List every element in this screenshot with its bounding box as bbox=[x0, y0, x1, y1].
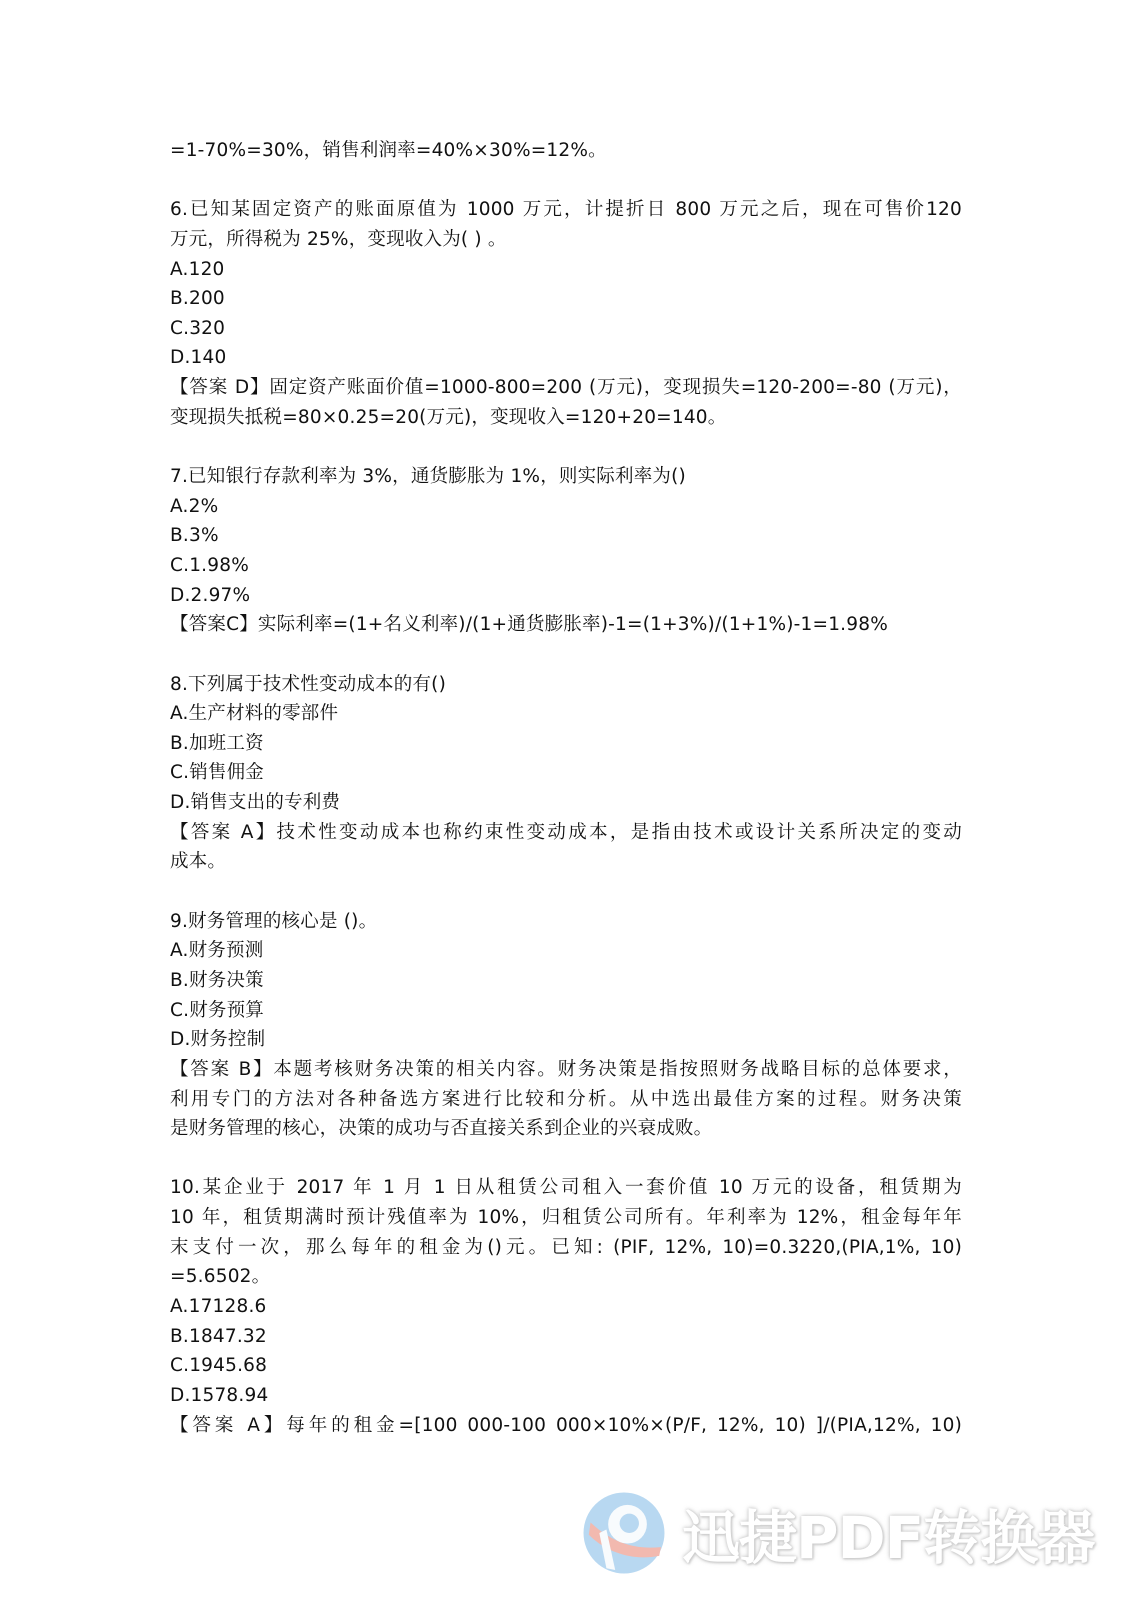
document-page: =1-70%=30%，销售利润率=40%×30%=12%。 6.已知某固定资产的… bbox=[170, 136, 962, 1440]
question-stem: 万元，所得税为 25%，变现收入为( ) 。 bbox=[170, 225, 962, 255]
xunjie-pdf-logo-icon bbox=[580, 1489, 668, 1577]
option-a: A.17128.6 bbox=[170, 1292, 962, 1322]
option-c: C.1.98% bbox=[170, 551, 962, 581]
question-10: 10.某企业于 2017 年 1 月 1 日从租赁公司租入一套价值 10 万元的… bbox=[170, 1173, 962, 1440]
option-d: D.1578.94 bbox=[170, 1381, 962, 1411]
answer-explanation: 是财务管理的核心，决策的成功与否直接关系到企业的兴衰成败。 bbox=[170, 1114, 962, 1144]
question-8: 8.下列属于技术性变动成本的有() A.生产材料的零部件 B.加班工资 C.销售… bbox=[170, 670, 962, 877]
answer-explanation: 【答案 D】固定资产账面价值=1000-800=200 (万元)，变现损失=12… bbox=[170, 373, 962, 403]
watermark: 迅捷PDF转换器 bbox=[580, 1478, 1100, 1588]
option-b: B.加班工资 bbox=[170, 729, 962, 759]
answer-explanation: 【答案 A】技术性变动成本也称约束性变动成本，是指由技术或设计关系所决定的变动 bbox=[170, 818, 962, 848]
option-a: A.生产材料的零部件 bbox=[170, 699, 962, 729]
answer-explanation: 利用专门的方法对各种备选方案进行比较和分析。从中选出最佳方案的过程。财务决策 bbox=[170, 1085, 962, 1115]
spacer bbox=[170, 166, 962, 196]
question-stem: 10.某企业于 2017 年 1 月 1 日从租赁公司租入一套价值 10 万元的… bbox=[170, 1173, 962, 1203]
option-b: B.200 bbox=[170, 284, 962, 314]
question-stem: 8.下列属于技术性变动成本的有() bbox=[170, 670, 962, 700]
option-c: C.320 bbox=[170, 314, 962, 344]
question-6: 6.已知某固定资产的账面原值为 1000 万元，计提折日 800 万元之后，现在… bbox=[170, 195, 962, 432]
option-d: D.财务控制 bbox=[170, 1025, 962, 1055]
question-stem: 9.财务管理的核心是 ()。 bbox=[170, 907, 962, 937]
answer-explanation: 【答案C】实际利率=(1+名义利率)/(1+通货膨胀率)-1=(1+3%)/(1… bbox=[170, 610, 962, 640]
option-d: D.2.97% bbox=[170, 581, 962, 611]
option-b: B.财务决策 bbox=[170, 966, 962, 996]
answer-explanation: 【答案 A】每年的租金=[100 000-100 000×10%×(P/F, 1… bbox=[170, 1411, 962, 1441]
spacer bbox=[170, 877, 962, 907]
question-7: 7.已知银行存款利率为 3%，通货膨胀为 1%，则实际利率为() A.2% B.… bbox=[170, 462, 962, 640]
question-stem: 末支付一次，那么每年的租金为()元。已知: (PIF, 12%, 10)=0.3… bbox=[170, 1233, 962, 1263]
question-9: 9.财务管理的核心是 ()。 A.财务预测 B.财务决策 C.财务预算 D.财务… bbox=[170, 907, 962, 1144]
spacer bbox=[170, 1144, 962, 1174]
option-d: D.140 bbox=[170, 343, 962, 373]
watermark-text: 迅捷PDF转换器 bbox=[682, 1491, 1094, 1575]
question-stem: 6.已知某固定资产的账面原值为 1000 万元，计提折日 800 万元之后，现在… bbox=[170, 195, 962, 225]
answer-explanation: 【答案 B】本题考核财务决策的相关内容。财务决策是指按照财务战略目标的总体要求， bbox=[170, 1055, 962, 1085]
answer-explanation: 变现损失抵税=80×0.25=20(万元)，变现收入=120+20=140。 bbox=[170, 403, 962, 433]
spacer bbox=[170, 432, 962, 462]
option-b: B.1847.32 bbox=[170, 1322, 962, 1352]
option-d: D.销售支出的专利费 bbox=[170, 788, 962, 818]
question-stem: 7.已知银行存款利率为 3%，通货膨胀为 1%，则实际利率为() bbox=[170, 462, 962, 492]
option-c: C.财务预算 bbox=[170, 996, 962, 1026]
option-a: A.财务预测 bbox=[170, 936, 962, 966]
option-c: C.1945.68 bbox=[170, 1351, 962, 1381]
spacer bbox=[170, 640, 962, 670]
option-a: A.2% bbox=[170, 492, 962, 522]
answer-explanation: 成本。 bbox=[170, 847, 962, 877]
carryover-line: =1-70%=30%，销售利润率=40%×30%=12%。 bbox=[170, 136, 962, 166]
question-stem: =5.6502。 bbox=[170, 1262, 962, 1292]
option-c: C.销售佣金 bbox=[170, 758, 962, 788]
question-stem: 10 年，租赁期满时预计残值率为 10%，归租赁公司所有。年利率为 12%，租金… bbox=[170, 1203, 962, 1233]
option-b: B.3% bbox=[170, 521, 962, 551]
option-a: A.120 bbox=[170, 255, 962, 285]
